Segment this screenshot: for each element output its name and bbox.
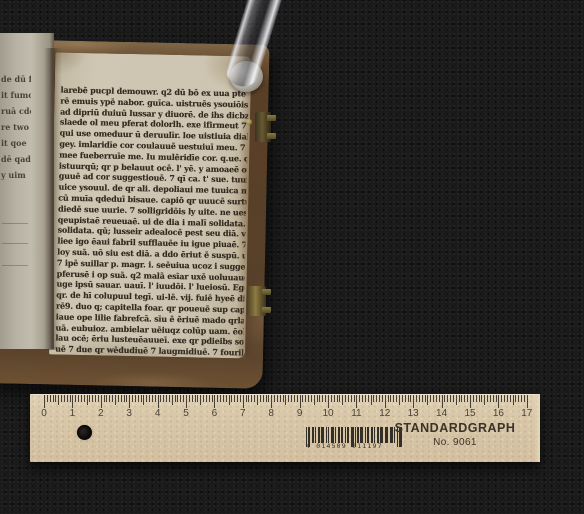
- ruler-number: 1: [70, 408, 76, 419]
- ruled-line: [2, 265, 28, 266]
- ruler-tick: [408, 395, 409, 402]
- ruler-tick: [402, 395, 403, 402]
- ruler-number: 17: [521, 408, 532, 419]
- ruler-tick: [166, 395, 167, 402]
- ruler-tick: [47, 395, 48, 402]
- ruler-number: 12: [379, 408, 390, 419]
- ruler-tick: [212, 395, 213, 402]
- ruler-number: 7: [240, 408, 246, 419]
- ruler-model-label: No. 9061: [375, 437, 535, 448]
- ruler-tick: [464, 395, 465, 402]
- ruler-tick: [231, 395, 232, 402]
- barcode-bar: [338, 427, 340, 443]
- barcode-bar: [341, 427, 344, 443]
- ruler-tick: [251, 395, 252, 402]
- ruler-tick: [155, 395, 156, 402]
- ruler-tick: [209, 395, 210, 402]
- ruler-tick: [297, 395, 298, 402]
- ruler-tick: [61, 395, 62, 402]
- ruler-tick: [405, 395, 406, 402]
- ruler-tick: [223, 395, 224, 402]
- barcode-bar: [357, 427, 359, 443]
- barcode-bar: [360, 427, 363, 443]
- ruler-tick: [396, 395, 397, 402]
- brass-clasp-top: [255, 112, 271, 142]
- ruler-tick: [493, 395, 494, 402]
- ruler-tick: [515, 395, 516, 402]
- ruler-tick: [337, 395, 338, 402]
- ruler-tick: [365, 395, 366, 402]
- ruler-tick: [527, 395, 528, 408]
- ruler-tick: [95, 395, 96, 402]
- ruler-tick: [274, 395, 275, 402]
- ruler-tick: [203, 395, 204, 402]
- ruler-number: 3: [126, 408, 132, 419]
- ruler-tick: [263, 395, 264, 402]
- ruler-tick: [504, 395, 505, 402]
- left-page-fragment: de dū fa: [1, 71, 31, 87]
- ruler-tick: [356, 395, 357, 408]
- ruler-tick: [234, 395, 235, 402]
- ruler-tick: [141, 395, 142, 402]
- ruler-tick: [152, 395, 153, 402]
- ruler-tick: [498, 395, 499, 408]
- ruler-tick: [160, 395, 161, 402]
- ruler-tick: [217, 395, 218, 402]
- clasp-prong: [267, 115, 276, 121]
- ruler-tick: [195, 395, 196, 402]
- ruler-tick: [266, 395, 267, 402]
- ruler-tick: [104, 395, 105, 402]
- ruler-number: 9: [297, 408, 303, 419]
- ruler-tick: [70, 395, 71, 402]
- ruler-tick: [433, 395, 434, 402]
- ruler-hanging-hole: [77, 425, 92, 440]
- ruler-tick: [376, 395, 377, 402]
- ruler-tick: [331, 395, 332, 402]
- left-page-fragment: it fumo: [1, 87, 31, 103]
- ruler-tick: [507, 395, 508, 402]
- ruler-tick: [271, 395, 272, 408]
- ruler-tick: [243, 395, 244, 408]
- ruler-tick: [92, 395, 93, 402]
- ruler-tick: [444, 395, 445, 402]
- ruler-tick: [126, 395, 127, 402]
- ruler-tick: [300, 395, 301, 408]
- ruler-number: 8: [268, 408, 274, 419]
- brass-stud: [246, 119, 252, 125]
- left-page-fragment: ruā cdē: [1, 103, 31, 119]
- ruler-tick: [436, 395, 437, 402]
- ruler-tick: [257, 395, 258, 405]
- ruler: 01234567891011121314151617 4 014509 0111…: [30, 394, 540, 462]
- ruler-tick: [197, 395, 198, 402]
- ruler-tick: [149, 395, 150, 402]
- ruler-tick: [342, 395, 343, 405]
- left-page-fragment: dē qad: [1, 151, 31, 167]
- ruler-tick: [288, 395, 289, 402]
- left-page-fragment: it qoe: [1, 135, 31, 151]
- ruler-tick: [44, 395, 45, 408]
- ruler-tick: [476, 395, 477, 402]
- ruler-tick: [382, 395, 383, 402]
- ruler-tick: [479, 395, 480, 402]
- barcode-bar: [318, 427, 320, 443]
- ruler-tick: [456, 395, 457, 405]
- ruler-number: 14: [436, 408, 447, 419]
- ruler-tick: [314, 395, 315, 405]
- ruler-number: 2: [98, 408, 104, 419]
- ruler-tick: [169, 395, 170, 402]
- photo-stage: larebē pucpl demouwr. q2 dū bō ex uua pt…: [0, 0, 584, 514]
- ruler-tick: [84, 395, 85, 402]
- ruler-number: 0: [41, 408, 47, 419]
- ruler-tick: [425, 395, 426, 402]
- ruler-tick: [368, 395, 369, 402]
- ruler-tick: [163, 395, 164, 402]
- ruler-tick: [518, 395, 519, 402]
- ruler-tick: [129, 395, 130, 408]
- ruler-tick: [379, 395, 380, 402]
- ruler-tick: [399, 395, 400, 405]
- ruler-tick: [450, 395, 451, 402]
- ruler-tick: [328, 395, 329, 408]
- ruler-tick: [339, 395, 340, 402]
- left-page-text-fragments: de dū fait fumoruā cdēre twoit qoedē qad…: [1, 71, 31, 183]
- ruler-tick: [393, 395, 394, 402]
- ruler-tick: [246, 395, 247, 402]
- ruler-tick: [87, 395, 88, 405]
- ruler-tick: [524, 395, 525, 402]
- ruler-tick: [240, 395, 241, 402]
- barcode-bar: [328, 427, 330, 443]
- ruler-brand-label: STANDARDGRAPH: [375, 421, 535, 435]
- ruler-tick: [58, 395, 59, 405]
- ruler-tick: [325, 395, 326, 402]
- ruler-number: 10: [322, 408, 333, 419]
- ruler-tick: [311, 395, 312, 402]
- ruler-tick: [302, 395, 303, 402]
- ruler-tick: [229, 395, 230, 405]
- barcode-bar: [367, 427, 369, 443]
- ruler-tick: [175, 395, 176, 402]
- barcode-bar: [312, 427, 315, 443]
- ruler-tick: [334, 395, 335, 402]
- ruler-tick: [72, 395, 73, 408]
- ruler-tick: [410, 395, 411, 402]
- ruler-tick: [422, 395, 423, 402]
- ruler-tick: [416, 395, 417, 402]
- ruler-tick: [64, 395, 65, 402]
- ruler-tick: [226, 395, 227, 402]
- ruler-number: 13: [408, 408, 419, 419]
- ruler-tick: [172, 395, 173, 405]
- barcode-bar: [335, 427, 336, 443]
- ruler-number: 15: [464, 408, 475, 419]
- ruler-tick: [459, 395, 460, 402]
- ruler-number: 6: [212, 408, 218, 419]
- ruler-tick: [285, 395, 286, 405]
- ruler-tick: [183, 395, 184, 402]
- ruler-tick: [50, 395, 51, 402]
- ruler-tick: [388, 395, 389, 402]
- ruler-tick: [308, 395, 309, 402]
- ruler-tick: [419, 395, 420, 402]
- book-gutter-shadow: [44, 48, 62, 350]
- ruled-line: [2, 223, 28, 224]
- barcode-bar: [331, 427, 334, 443]
- ruler-tick: [513, 395, 514, 405]
- barcode-bar: [321, 427, 324, 443]
- ruler-tick: [268, 395, 269, 402]
- ruler-tick: [143, 395, 144, 405]
- ruler-tick: [322, 395, 323, 402]
- ruler-tick: [371, 395, 372, 405]
- ruler-tick: [101, 395, 102, 408]
- ruler-tick: [158, 395, 159, 408]
- ruler-tick: [277, 395, 278, 402]
- ruler-tick: [192, 395, 193, 402]
- ruler-tick: [189, 395, 190, 402]
- ruler-tick: [385, 395, 386, 408]
- ruler-tick: [186, 395, 187, 408]
- ruler-tick: [132, 395, 133, 402]
- ruler-tick: [81, 395, 82, 402]
- ruler-tick: [305, 395, 306, 402]
- ruler-tick: [53, 395, 54, 402]
- ruler-tick: [283, 395, 284, 402]
- ruler-tick: [112, 395, 113, 402]
- ruler-tick: [78, 395, 79, 402]
- ruler-tick: [484, 395, 485, 405]
- ruler-tick: [118, 395, 119, 402]
- barcode-bar: [315, 427, 316, 443]
- ruler-tick: [351, 395, 352, 402]
- ruler-number: 5: [183, 408, 189, 419]
- ruler-tick: [487, 395, 488, 402]
- left-page-fragment: y uim: [1, 167, 31, 183]
- ruler-tick: [237, 395, 238, 402]
- ruler-tick: [413, 395, 414, 408]
- ruler-tick: [467, 395, 468, 402]
- ruler-tick: [214, 395, 215, 408]
- ruler-tick: [280, 395, 281, 402]
- ruler-tick: [138, 395, 139, 402]
- ruler-number: 4: [155, 408, 161, 419]
- ruler-tick: [490, 395, 491, 402]
- ruler-tick: [124, 395, 125, 402]
- ruler-tick: [106, 395, 107, 402]
- ruler-tick: [348, 395, 349, 402]
- manuscript-text-block: larebē pucpl demouwr. q2 dū bō ex uua pt…: [55, 85, 249, 359]
- ruler-tick: [294, 395, 295, 402]
- left-page-fragment: re two: [1, 119, 31, 135]
- ruler-tick: [254, 395, 255, 402]
- clasp-prong: [262, 307, 271, 313]
- ruler-tick: [67, 395, 68, 402]
- ruler-tick: [89, 395, 90, 402]
- barcode-bar: [345, 427, 346, 443]
- ruler-tick: [220, 395, 221, 402]
- ruler-tick: [55, 395, 56, 402]
- ruler-tick: [319, 395, 320, 402]
- ruler-tick: [200, 395, 201, 405]
- ruler-tick: [291, 395, 292, 402]
- ruled-line: [2, 243, 28, 244]
- ruler-tick: [317, 395, 318, 402]
- ruler-tick: [373, 395, 374, 402]
- ruler-tick: [447, 395, 448, 402]
- ruler-tick: [345, 395, 346, 402]
- ruler-tick: [362, 395, 363, 402]
- ruler-tick: [521, 395, 522, 402]
- brass-clasp-bottom: [247, 286, 266, 316]
- ruler-tick: [146, 395, 147, 402]
- ruler-tick: [98, 395, 99, 402]
- ruler-tick: [470, 395, 471, 408]
- ruler-tick: [501, 395, 502, 402]
- ruler-tick: [135, 395, 136, 402]
- manuscript-right-page: larebē pucpl demouwr. q2 dū bō ex uua pt…: [49, 52, 251, 358]
- ruler-tick: [354, 395, 355, 402]
- ruler-tick: [427, 395, 428, 405]
- ruler-tick: [510, 395, 511, 402]
- ruler-tick: [206, 395, 207, 402]
- ruler-tick: [121, 395, 122, 402]
- ruler-number: 16: [493, 408, 504, 419]
- ruler-number: 11: [351, 408, 361, 419]
- clasp-prong: [267, 133, 276, 139]
- barcode-bar: [365, 427, 366, 443]
- ruler-tick: [180, 395, 181, 402]
- barcode-bar: [326, 427, 327, 443]
- ruler-tick: [390, 395, 391, 402]
- ruler-tick: [461, 395, 462, 402]
- ruler-tick: [109, 395, 110, 402]
- barcode-bar: [347, 427, 349, 443]
- ruler-tick: [248, 395, 249, 402]
- ruler-tick: [359, 395, 360, 402]
- ruler-tick: [177, 395, 178, 402]
- clasp-prong: [262, 289, 271, 295]
- ruler-tick: [473, 395, 474, 402]
- ruler-tick: [260, 395, 261, 402]
- ruler-tick: [430, 395, 431, 402]
- ruler-tick: [453, 395, 454, 402]
- ruler-tick: [481, 395, 482, 402]
- barcode-bar: [371, 427, 374, 443]
- ruler-tick: [115, 395, 116, 405]
- ruler-tick: [75, 395, 76, 402]
- ruler-tick: [442, 395, 443, 408]
- ruler-tick: [439, 395, 440, 402]
- ruler-tick: [496, 395, 497, 402]
